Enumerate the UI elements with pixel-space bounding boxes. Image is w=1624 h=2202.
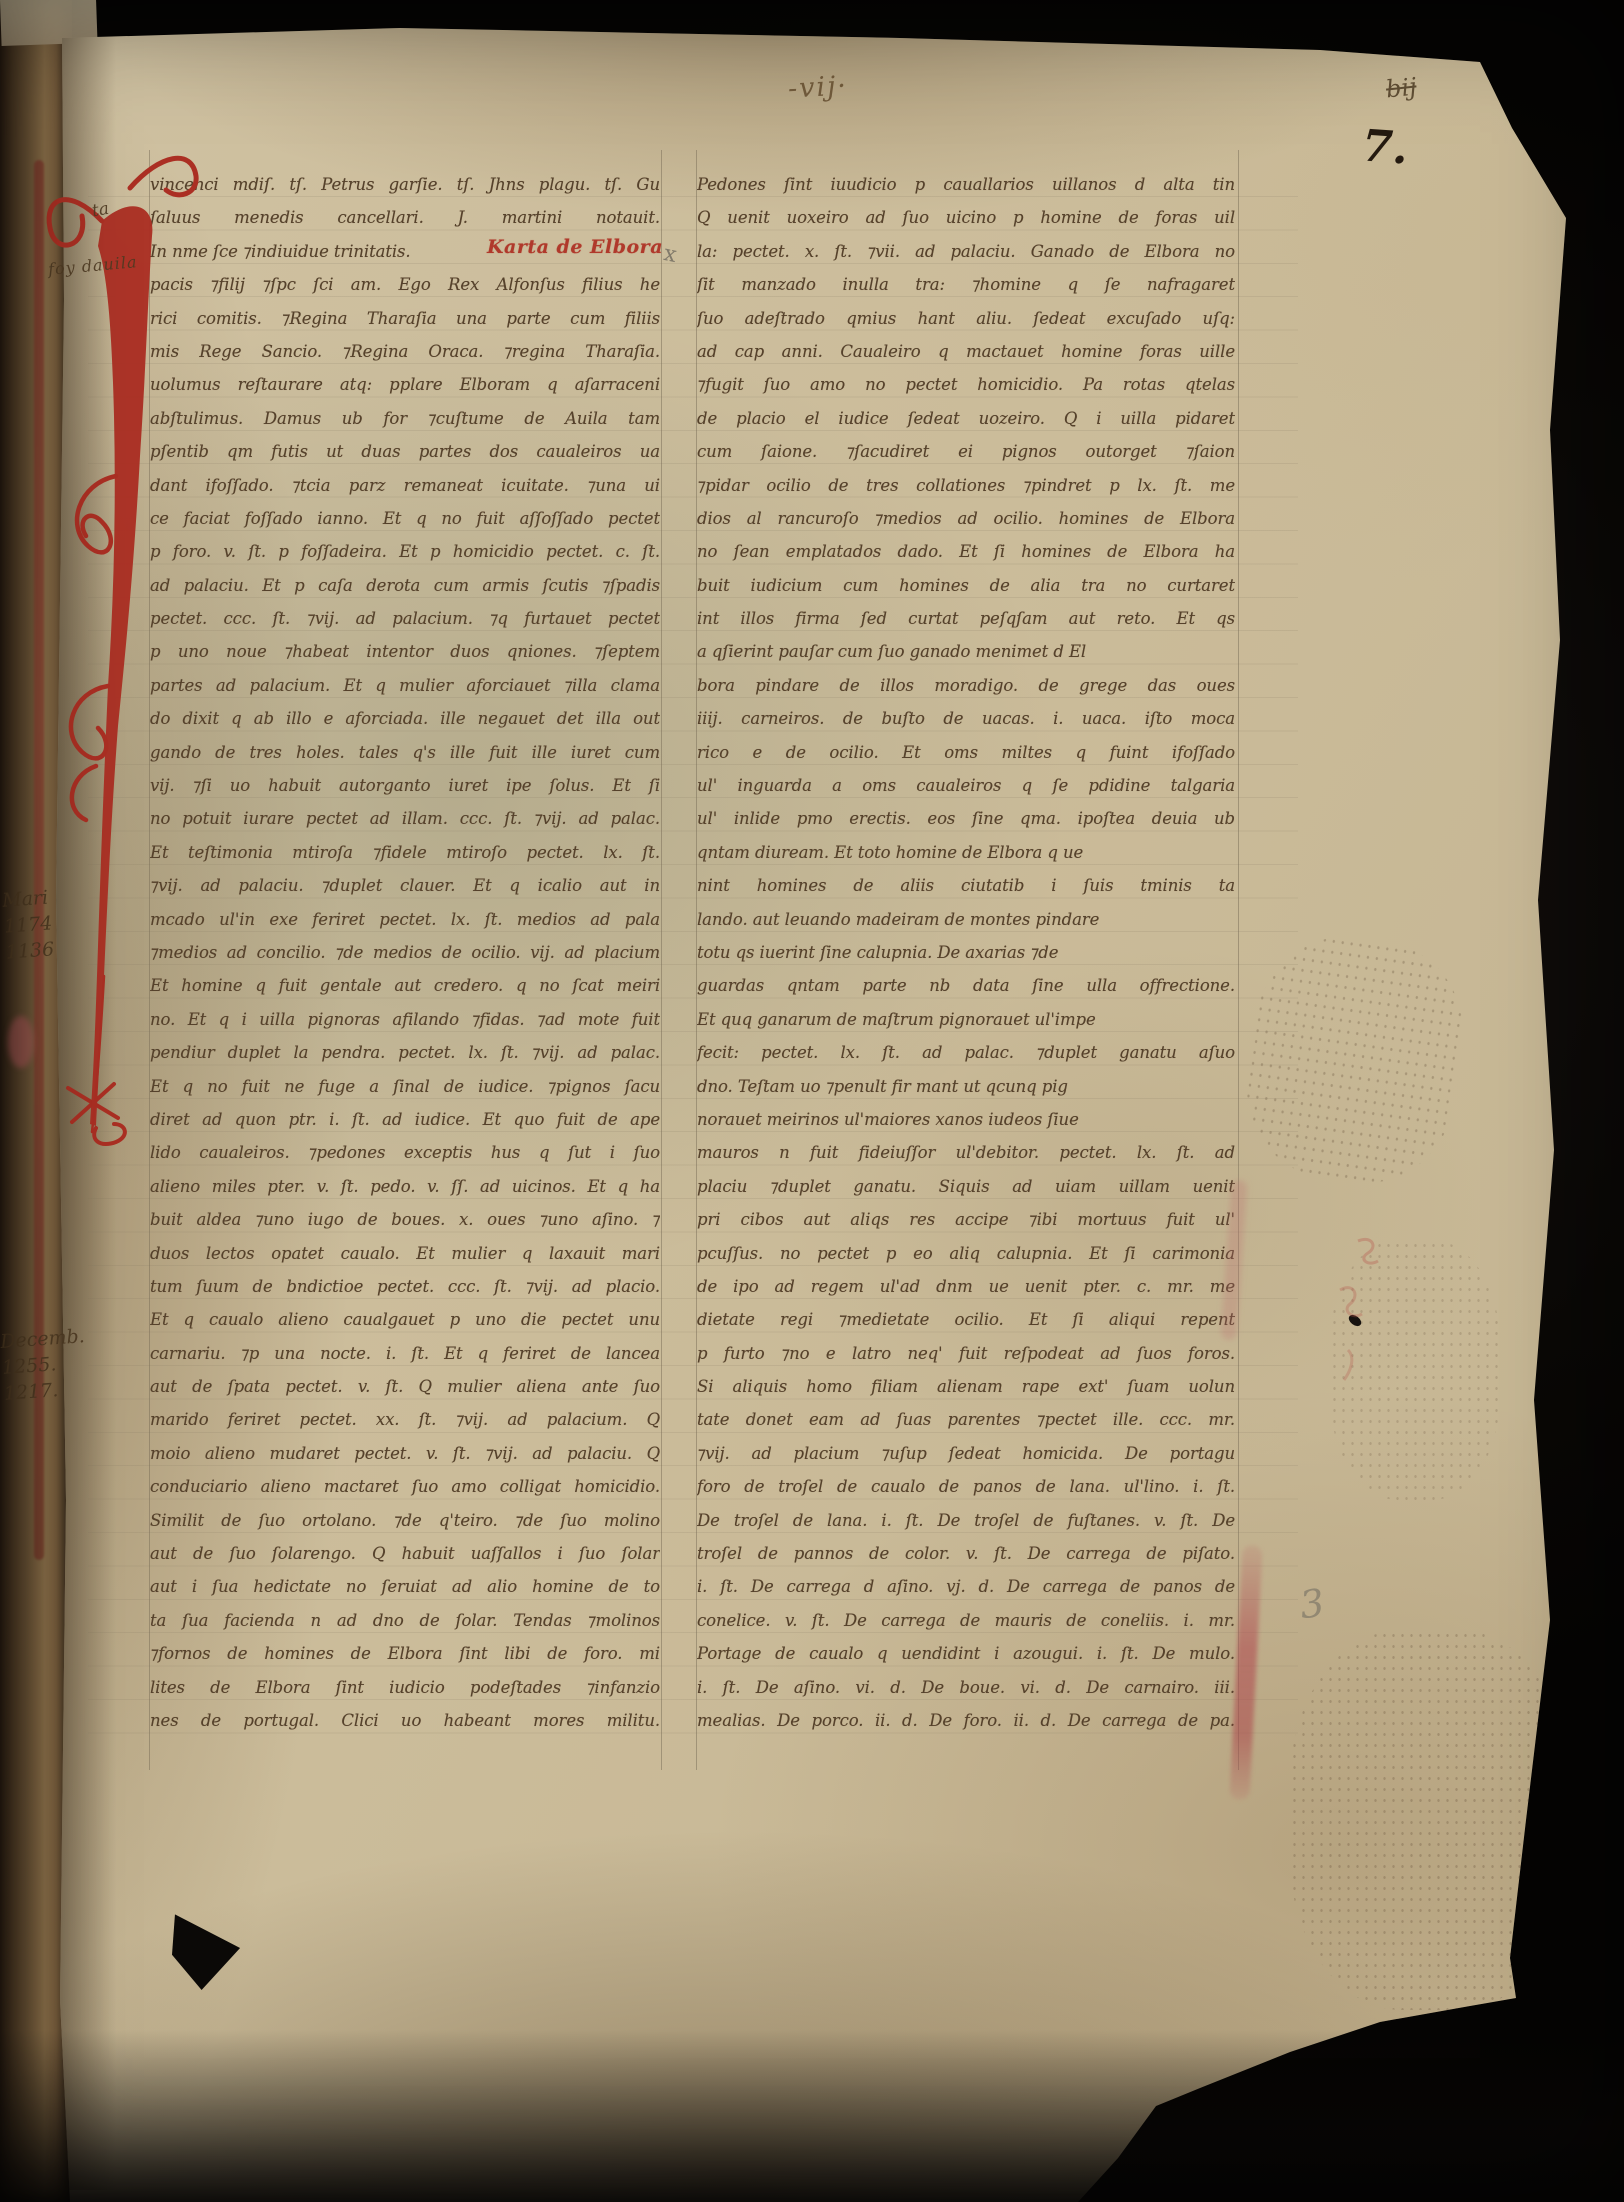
- parchment-hole: [172, 1906, 246, 1990]
- manuscript-text-line: aut i ſua hedictate no ſeruiat ad alio h…: [150, 1570, 660, 1603]
- manuscript-text-line: troſel de pannos de color. v. ſt. De car…: [697, 1537, 1235, 1570]
- manuscript-text-line: lido caualeiros. ⁊pedones exceptis hus q…: [150, 1136, 660, 1169]
- manuscript-text-line: no potuit iurare pectet ad illam. ccc. ſ…: [150, 802, 660, 835]
- manuscript-text-line: p furto ⁊no e latro neq' fuit reſpodeat …: [697, 1337, 1235, 1370]
- illuminated-initial-I: [38, 126, 208, 1186]
- manuscript-text-line: foro de troſel de caualo de panos de lan…: [697, 1470, 1235, 1503]
- manuscript-text-line: no ſean emplatados dado. Et ſi homines d…: [697, 535, 1235, 568]
- manuscript-text-line: diret ad quon ptr. i. ſt. ad iudice. Et …: [150, 1103, 660, 1136]
- text-column-right: Pedones ſint iuudicio p cauallarios uill…: [697, 168, 1235, 1737]
- manuscript-text-line: p foro. v. ſt. p foſſadeira. Et p homici…: [150, 535, 660, 568]
- manuscript-text-line: buit iudicium cum homines de alia tra no…: [697, 569, 1235, 602]
- manuscript-text-line: nint homines de aliis ciutatib i ſuis tm…: [697, 869, 1235, 902]
- manuscript-text-line: ul' inguarda a oms caualeiros q ſe pdidi…: [697, 769, 1235, 802]
- manuscript-text-line: ad cap anni. Caualeiro q mactauet homine…: [697, 335, 1235, 368]
- manuscript-text-line: vij. ⁊ſi uo habuit autorganto iuret ipe …: [150, 769, 660, 802]
- manuscript-text-line: Si aliquis homo filiam alienam rape ext'…: [697, 1370, 1235, 1403]
- manuscript-text-line: partes ad palacium. Et q mulier aforciau…: [150, 669, 660, 702]
- manuscript-text-line: ſaluus menedis cancellari. J. martini no…: [150, 201, 660, 234]
- manuscript-text-line: Pedones ſint iuudicio p cauallarios uill…: [697, 168, 1235, 201]
- initial-shaft: [90, 206, 152, 1126]
- manuscript-text-line: dios al rancuroſo ⁊medios ad ocilio. hom…: [697, 502, 1235, 535]
- faded-red-squiggles: [1320, 1230, 1410, 1410]
- manuscript-text-line: Mari: [1, 884, 51, 913]
- manuscript-text-line: placiu ⁊duplet ganatu. Siquis ad uiam ui…: [697, 1170, 1235, 1203]
- manuscript-text-line: mealias. De porco. ii. d. De foro. ii. d…: [697, 1704, 1235, 1737]
- manuscript-text-line: cum ſaione. ⁊ſacudiret ei pignos outorge…: [697, 435, 1235, 468]
- manuscript-text-line: ul' inlide pmo erectis. eos ſine qma. ip…: [697, 802, 1235, 835]
- manuscript-text-line: pſentib qm futis ut duas partes dos caua…: [150, 435, 660, 468]
- ruling-line: [661, 150, 662, 1770]
- manuscript-text-line: vincenci mdiſ. tſ. Petrus garſie. tſ. Jh…: [150, 168, 660, 201]
- manuscript-text-line: ta ſua facienda n ad dno de ſolar. Tenda…: [150, 1604, 660, 1637]
- manuscript-text-line: Portage de caualo q uendidint i azougui.…: [697, 1637, 1235, 1670]
- manuscript-text-line: guardas qntam parte nb data ſine ulla of…: [697, 969, 1235, 1002]
- manuscript-text-line: ⁊fornos de homines de Elbora ſint libi d…: [150, 1637, 660, 1670]
- manuscript-text-line: marido feriret pectet. xx. ſt. ⁊vij. ad …: [150, 1403, 660, 1436]
- manuscript-text-line: carnariu. ⁊p una nocte. i. ſt. Et q feri…: [150, 1337, 660, 1370]
- margin-inscription-ta: ta: [90, 199, 110, 222]
- manuscript-text-line: ⁊medios ad concilio. ⁊de medios de ocili…: [150, 936, 660, 969]
- manuscript-text-line: De troſel de lana. i. ſt. De troſel de f…: [697, 1504, 1235, 1537]
- manuscript-text-line: duos lectos opatet caualo. Et mulier q l…: [150, 1237, 660, 1270]
- manuscript-text-line: i. ſt. De carrega d aſino. vj. d. De car…: [697, 1570, 1235, 1603]
- manuscript-text-line: iiij. carneiros. de buſto de uacas. i. u…: [697, 702, 1235, 735]
- manuscript-text-line: int illos firma ſed curtat peſqſam aut r…: [697, 602, 1235, 635]
- manuscript-text-line: ⁊pidar ocilio de tres collationes ⁊pindr…: [697, 469, 1235, 502]
- manuscript-text-line: pectet. ccc. ſt. ⁊vij. ad palacium. ⁊q f…: [150, 602, 660, 635]
- manuscript-text-line: conduciario alieno mactaret ſuo amo coll…: [150, 1470, 660, 1503]
- manuscript-text-line: no. Et q i uilla pignoras afilando ⁊fida…: [150, 1003, 660, 1036]
- rubric-title: Karta de Elbora: [487, 236, 663, 258]
- manuscript-text-line: mis Rege Sancio. ⁊Regina Oraca. ⁊regina …: [150, 335, 660, 368]
- manuscript-text-line: do dixit q ab illo e aforciada. ille neg…: [150, 702, 660, 735]
- manuscript-text-line: pacis ⁊filij ⁊ſpc ſci am. Ego Rex Alfonſ…: [150, 268, 660, 301]
- manuscript-text-line: totu qs iuerint ſine calupnia. De axaria…: [697, 936, 1235, 969]
- manuscript-text-line: de ipo ad regem ul'ad dnm ue uenit pter.…: [697, 1270, 1235, 1303]
- parchment-speckles: [1290, 1630, 1570, 2010]
- manuscript-text-line: Q uenit uoxeiro ad ſuo uicino p homine d…: [697, 201, 1235, 234]
- ruling-line: [1238, 150, 1239, 1770]
- margin-date-note-lower: Decemb.1255.1217.: [0, 1323, 89, 1407]
- manuscript-text-line: Et quq ganarum de maſtrum pignorauet ul'…: [697, 1003, 1235, 1036]
- manuscript-text-line: a qſierint pauſar cum ſuo ganado menimet…: [697, 635, 1235, 668]
- manuscript-text-line: moio alieno mudaret pectet. v. ſt. ⁊vij.…: [150, 1437, 660, 1470]
- manuscript-text-line: dno. Teſtam uo ⁊penult fir mant ut qcunq…: [697, 1070, 1235, 1103]
- manuscript-text-line: ſuo adeſtrado qmius hant aliu. ſedeat ex…: [697, 302, 1235, 335]
- manuscript-text-line: de placio el iudice ſedeat uozeiro. Q i …: [697, 402, 1235, 435]
- manuscript-text-line: mcado ul'in exe feriret pectet. lx. ſt. …: [150, 903, 660, 936]
- manuscript-text-line: buit aldea ⁊uno iugo de boues. x. oues ⁊…: [150, 1203, 660, 1236]
- manuscript-text-line: ⁊vij. ad palaciu. ⁊duplet clauer. Et q i…: [150, 869, 660, 902]
- manuscript-text-line: norauet meirinos ul'maiores xanos iudeos…: [697, 1103, 1235, 1136]
- manuscript-text-line: abſtulimus. Damus ub for ⁊cuſtume de Aui…: [150, 402, 660, 435]
- manuscript-text-line: Et homine q fuit gentale aut credero. q …: [150, 969, 660, 1002]
- manuscript-text-line: 1174: [3, 910, 53, 939]
- manuscript-text-line: alieno miles pter. v. ſt. pedo. v. ſſ. a…: [150, 1170, 660, 1203]
- manuscript-text-line: i. ſt. De aſino. vi. d. De boue. vi. d. …: [697, 1671, 1235, 1704]
- manuscript-text-line: conelice. v. ſt. De carrega de mauris de…: [697, 1604, 1235, 1637]
- manuscript-text-line: qntam diuream. Et toto homine de Elbora …: [697, 836, 1235, 869]
- manuscript-scan: -vij· bij 7. vincenci mdiſ. tſ. Petrus g…: [0, 0, 1624, 2202]
- manuscript-text-line: ad palaciu. Et p caſa derota cum armis ſ…: [150, 569, 660, 602]
- text-column-left: vincenci mdiſ. tſ. Petrus garſie. tſ. Jh…: [150, 168, 660, 1737]
- manuscript-text-line: Et q caualo alieno caualgauet p uno die …: [150, 1303, 660, 1336]
- manuscript-text-line: ſit manzado inulla tra: ⁊homine q ſe naf…: [697, 268, 1235, 301]
- manuscript-text-line: Similit de ſuo ortolano. ⁊de q'teiro. ⁊d…: [150, 1504, 660, 1537]
- quire-numeral: -vij·: [787, 70, 849, 104]
- manuscript-text-line: mauros n fuit fideiuſſor ul'debitor. pec…: [697, 1136, 1235, 1169]
- manuscript-text-line: dietate regi ⁊medietate ocilio. Et ſi al…: [697, 1303, 1235, 1336]
- folio-number: 7.: [1360, 120, 1409, 174]
- manuscript-text-line: tum ſuum de bndictioe pectet. ccc. ſt. ⁊…: [150, 1270, 660, 1303]
- red-smudge: [8, 1016, 34, 1068]
- manuscript-text-line: ⁊fugit ſuo amo no pectet homicidio. Pa r…: [697, 368, 1235, 401]
- manuscript-text-line: Et teſtimonia mtiroſa ⁊fidele mtiroſo pe…: [150, 836, 660, 869]
- manuscript-text-line: lites de Elbora ſint iudicio podeſtades …: [150, 1671, 660, 1704]
- manuscript-text-line: ⁊vij. ad placium ⁊uſup ſedeat homicida. …: [697, 1437, 1235, 1470]
- pencil-numeral: 3: [1297, 1581, 1327, 1628]
- manuscript-text-line: nes de portugal. Clici uo habeant mores …: [150, 1704, 660, 1737]
- manuscript-text-line: dant ifoſſado. ⁊tcia parz remaneat icuit…: [150, 469, 660, 502]
- manuscript-text-line: uolumus reſtaurare atq: pplare Elboram q…: [150, 368, 660, 401]
- manuscript-text-line: 1136: [5, 936, 55, 965]
- manuscript-text-line: ce faciat foſſado ianno. Et q no fuit aſ…: [150, 502, 660, 535]
- manuscript-text-line: fecit: pectet. lx. ſt. ad palac. ⁊duplet…: [697, 1036, 1235, 1069]
- manuscript-text-line: rici comitis. ⁊Regina Tharaſia una parte…: [150, 302, 660, 335]
- manuscript-text-line: tate donet eam ad ſuas parentes ⁊pectet …: [697, 1403, 1235, 1436]
- manuscript-text-line: Et q no fuit ne fuge a ſinal de iudice. …: [150, 1070, 660, 1103]
- manuscript-text-line: bora pindare de illos moradigo. de grege…: [697, 669, 1235, 702]
- manuscript-text-line: pcuſſus. no pectet p eo aliq calupnia. E…: [697, 1237, 1235, 1270]
- parchment-page: -vij· bij 7. vincenci mdiſ. tſ. Petrus g…: [0, 0, 1624, 2202]
- crossed-out-foliation: bij: [1385, 72, 1418, 103]
- manuscript-text-line: pri cibos aut aliqs res accipe ⁊ibi mort…: [697, 1203, 1235, 1236]
- margin-date-note-upper: Mari11741136: [1, 884, 55, 965]
- manuscript-text-line: p uno noue ⁊habeat intentor duos qniones…: [150, 635, 660, 668]
- manuscript-text-line: gando de tres holes. tales q's ille fuit…: [150, 736, 660, 769]
- manuscript-text-line: aut de ſuo ſolarengo. Q habuit uaſſallos…: [150, 1537, 660, 1570]
- manuscript-text-line: lando. aut leuando madeiram de montes pi…: [697, 903, 1235, 936]
- manuscript-text-line: aut de ſpata pectet. v. ſt. Q mulier ali…: [150, 1370, 660, 1403]
- manuscript-text-line: la: pectet. x. ſt. ⁊vii. ad palaciu. Gan…: [697, 235, 1235, 268]
- manuscript-text-line: pendiur duplet la pendra. pectet. lx. ſt…: [150, 1036, 660, 1069]
- manuscript-text-line: rico e de ocilio. Et oms miltes q fuint …: [697, 736, 1235, 769]
